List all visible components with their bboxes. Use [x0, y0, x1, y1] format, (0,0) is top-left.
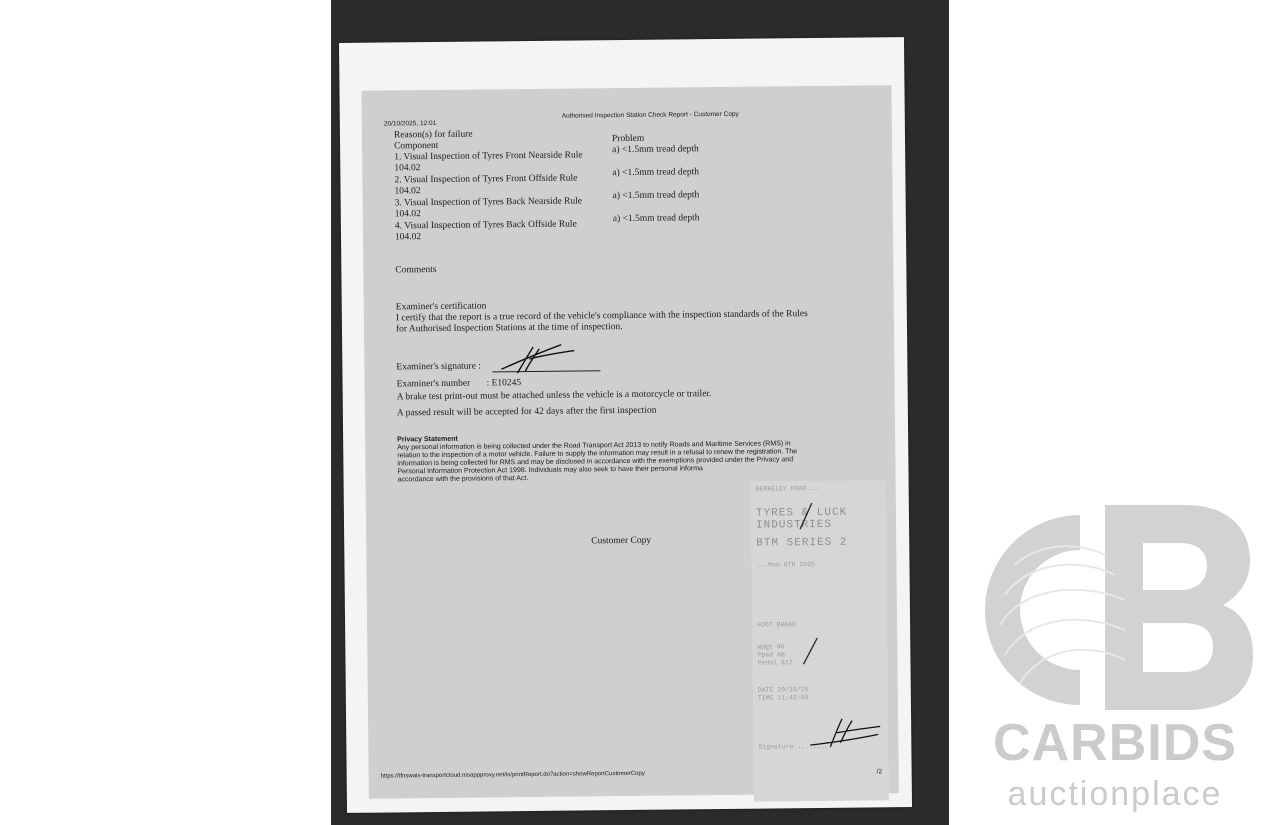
- receipt-line: DATE 20/10/25: [758, 686, 809, 694]
- header-datetime: 20/10/2025, 12:01: [384, 120, 436, 128]
- examiner-signature-icon: [499, 338, 579, 379]
- problem-heading: Problem: [612, 134, 644, 144]
- receipt-line: TIME 11:42:50: [758, 694, 809, 702]
- failure-rule: 104.02: [395, 209, 421, 219]
- inspection-report-sheet: 20/10/2025, 12:01 Authorised Inspection …: [339, 37, 912, 813]
- certification-heading: Examiner's certification: [396, 301, 487, 312]
- carbids-logo-icon: [975, 505, 1255, 715]
- receipt-line: BTM SERIES 2: [756, 537, 847, 550]
- examiner-number-label: Examiner's number: [397, 379, 471, 390]
- failure-component: 1. Visual Inspection of Tyres Front Near…: [394, 150, 582, 162]
- examiner-number-value: : E10245: [487, 378, 522, 388]
- customer-copy-label: Customer Copy: [591, 536, 651, 547]
- failure-problem: a) <1.5mm tread depth: [612, 167, 699, 178]
- component-heading: Component: [394, 141, 438, 151]
- privacy-line: accordance with the provisions of that A…: [398, 475, 529, 485]
- receipt-tick-mark-icon: [800, 636, 820, 666]
- failure-problem: a) <1.5mm tread depth: [612, 144, 699, 155]
- certification-text-line2: for Authorised Inspection Stations at th…: [396, 322, 623, 334]
- examiner-signature-label: Examiner's signature :: [396, 362, 481, 373]
- receipt-line: BERKELEY ROAD...: [756, 485, 818, 493]
- receipt-tick-mark-icon: [796, 501, 816, 531]
- carbids-watermark: CARBIDS auctionplace: [975, 505, 1255, 815]
- watermark-brand: CARBIDS: [975, 713, 1255, 773]
- brake-note: A brake test print-out must be attached …: [397, 389, 712, 402]
- failure-component: 4. Visual Inspection of Tyres Back Offsi…: [395, 219, 577, 231]
- failure-problem: a) <1.5mm tread depth: [613, 213, 700, 224]
- receipt-line: Ppad AB: [757, 651, 784, 658]
- receipt-line: Pedal 617: [757, 659, 792, 666]
- pass-note: A passed result will be accepted for 42 …: [397, 406, 657, 419]
- printed-area: 20/10/2025, 12:01 Authorised Inspection …: [361, 85, 898, 799]
- failure-component: 2. Visual Inspection of Tyres Front Offs…: [394, 173, 577, 185]
- reasons-heading: Reason(s) for failure: [394, 130, 473, 141]
- header-title: Authorised Inspection Station Check Repo…: [562, 111, 739, 120]
- failure-problem: a) <1.5mm tread depth: [613, 190, 700, 201]
- failure-component: 3. Visual Inspection of Tyres Back Nears…: [395, 196, 582, 208]
- failure-rule: 104.02: [394, 186, 420, 196]
- failure-rule: 104.02: [394, 163, 420, 173]
- receipt-line: INDUSTRIES: [756, 519, 832, 532]
- receipt-line: Wdgt NG: [757, 643, 784, 650]
- receipt-line: FOOT BRAKE: [757, 621, 796, 628]
- comments-label: Comments: [395, 265, 436, 275]
- receipt-signature-icon: [808, 712, 888, 753]
- failure-rule: 104.02: [395, 232, 421, 242]
- page-number: /2: [877, 768, 882, 775]
- watermark-subtitle: auctionplace: [975, 775, 1255, 814]
- brake-test-printout: BERKELEY ROAD... TYRES & LUCK INDUSTRIES…: [751, 480, 889, 801]
- receipt-line: ...Mon 8TH 2025: [756, 561, 815, 569]
- footer-url: https://tfnswais-transportcloud.msapppro…: [381, 771, 645, 780]
- failure-list: 1. Visual Inspection of Tyres Front Near…: [361, 85, 891, 91]
